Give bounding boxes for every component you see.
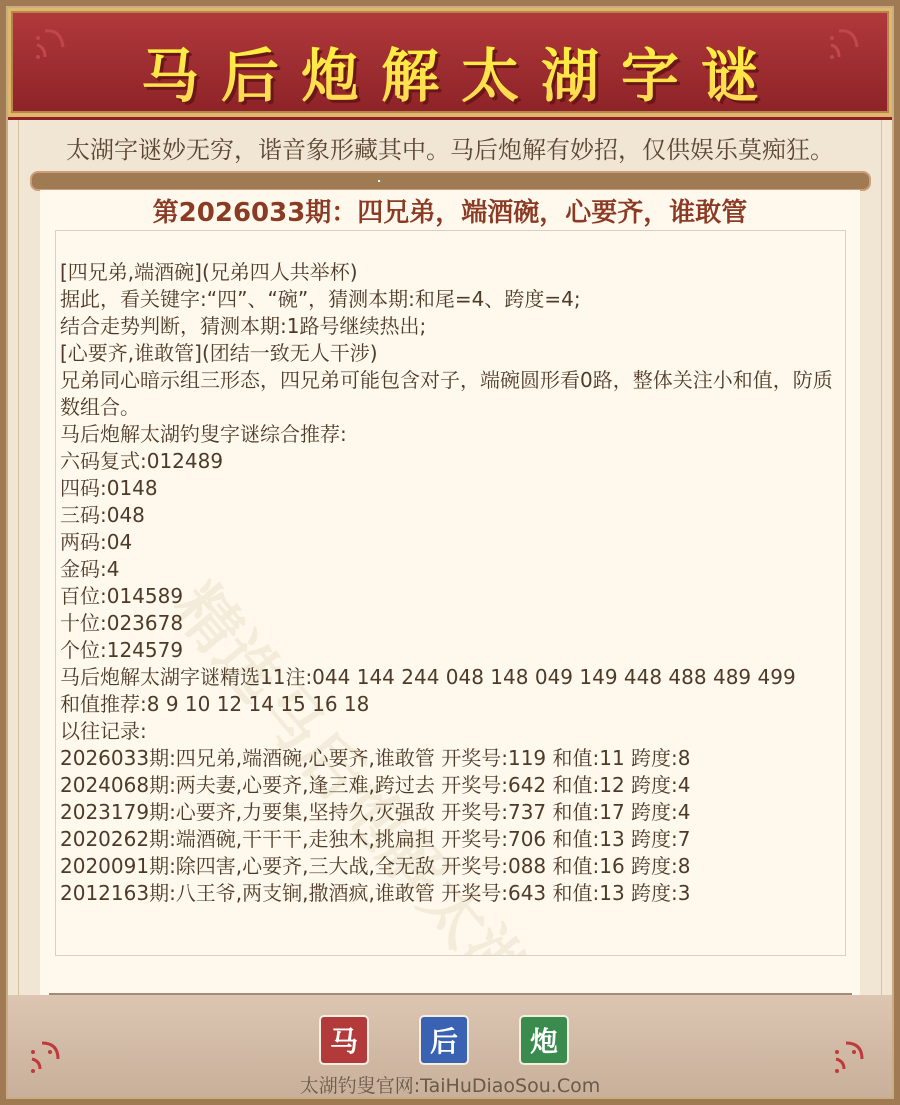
- records-list: 2026033期:四兄弟,端酒碗,心要齐,谁敢管 开奖号:119 和值:11 跨…: [60, 745, 840, 907]
- record-row: 2026033期:四兄弟,端酒碗,心要齐,谁敢管 开奖号:119 和值:11 跨…: [60, 745, 840, 772]
- bar-dot: [378, 180, 380, 182]
- record-row: 2012163期:八王爷,两支锏,撒酒疯,谁敢管 开奖号:643 和值:13 跨…: [60, 880, 840, 907]
- content-paper: 第2026033期：四兄弟，端酒碗，心要齐，谁敢管 精选马后炮解太湖 [四兄弟,…: [40, 190, 860, 995]
- content-line: 马后炮解太湖钓叟字谜综合推荐:: [60, 421, 840, 448]
- decorative-bar: [30, 171, 871, 191]
- badge-hou: 后: [419, 1015, 469, 1065]
- content-line: 据此，看关键字:“四”、“碗”，猜测本期:和尾=4、跨度=4;: [60, 286, 840, 313]
- badge-ma: 马: [319, 1015, 369, 1065]
- page-title: 马后炮解太湖字谜: [11, 29, 889, 113]
- content-line: 十位:023678: [60, 610, 840, 637]
- content-line: 四码:0148: [60, 475, 840, 502]
- content-line: 个位:124579: [60, 637, 840, 664]
- record-row: 2024068期:两夫妻,心要齐,逢三难,跨过去 开奖号:642 和值:12 跨…: [60, 772, 840, 799]
- header-banner: 马后炮解太湖字谜: [8, 8, 892, 118]
- content-line: 马后炮解太湖字谜精选11注:044 144 244 048 148 049 14…: [60, 664, 840, 691]
- badge-pao: 炮: [519, 1015, 569, 1065]
- content-line: [四兄弟,端酒碗](兄弟四人共举杯): [60, 259, 840, 286]
- record-row: 2020091期:除四害,心要齐,三大战,全无敌 开奖号:088 和值:16 跨…: [60, 853, 840, 880]
- content-line: 百位:014589: [60, 583, 840, 610]
- content-line: 两码:04: [60, 529, 840, 556]
- content-lines: [四兄弟,端酒碗](兄弟四人共举杯) 据此，看关键字:“四”、“碗”，猜测本期:…: [60, 259, 840, 907]
- content-line: [心要齐,谁敢管](团结一致无人干涉): [60, 340, 840, 367]
- content-line: 以往记录:: [60, 718, 840, 745]
- subtitle-poem: 太湖字谜妙无穷，谐音象形藏其中。马后炮解有妙招，仅供娱乐莫痴狂。: [0, 130, 900, 165]
- issue-title: 第2026033期：四兄弟，端酒碗，心要齐，谁敢管: [40, 192, 860, 229]
- content-box: 精选马后炮解太湖 [四兄弟,端酒碗](兄弟四人共举杯) 据此，看关键字:“四”、…: [55, 230, 846, 956]
- header-divider: [8, 117, 892, 120]
- record-row: 2023179期:心要齐,力要集,坚持久,灭强敌 开奖号:737 和值:17 跨…: [60, 799, 840, 826]
- footer: 马 后 炮 太湖钓叟官网:TaiHuDiaoSou.Com: [8, 995, 892, 1097]
- record-row: 2020262期:端酒碗,干干干,走独木,挑扁担 开奖号:706 和值:13 跨…: [60, 826, 840, 853]
- content-line: 和值推荐:8 9 10 12 14 15 16 18: [60, 691, 840, 718]
- content-line: 六码复式:012489: [60, 448, 840, 475]
- content-line: 金码:4: [60, 556, 840, 583]
- content-line: 兄弟同心暗示组三形态，四兄弟可能包含对子，端碗圆形看0路，整体关注小和值，防质数…: [60, 367, 840, 421]
- content-line: 三码:048: [60, 502, 840, 529]
- content-line: 结合走势判断，猜测本期:1路号继续热出;: [60, 313, 840, 340]
- site-link[interactable]: 太湖钓叟官网:TaiHuDiaoSou.Com: [8, 1071, 892, 1098]
